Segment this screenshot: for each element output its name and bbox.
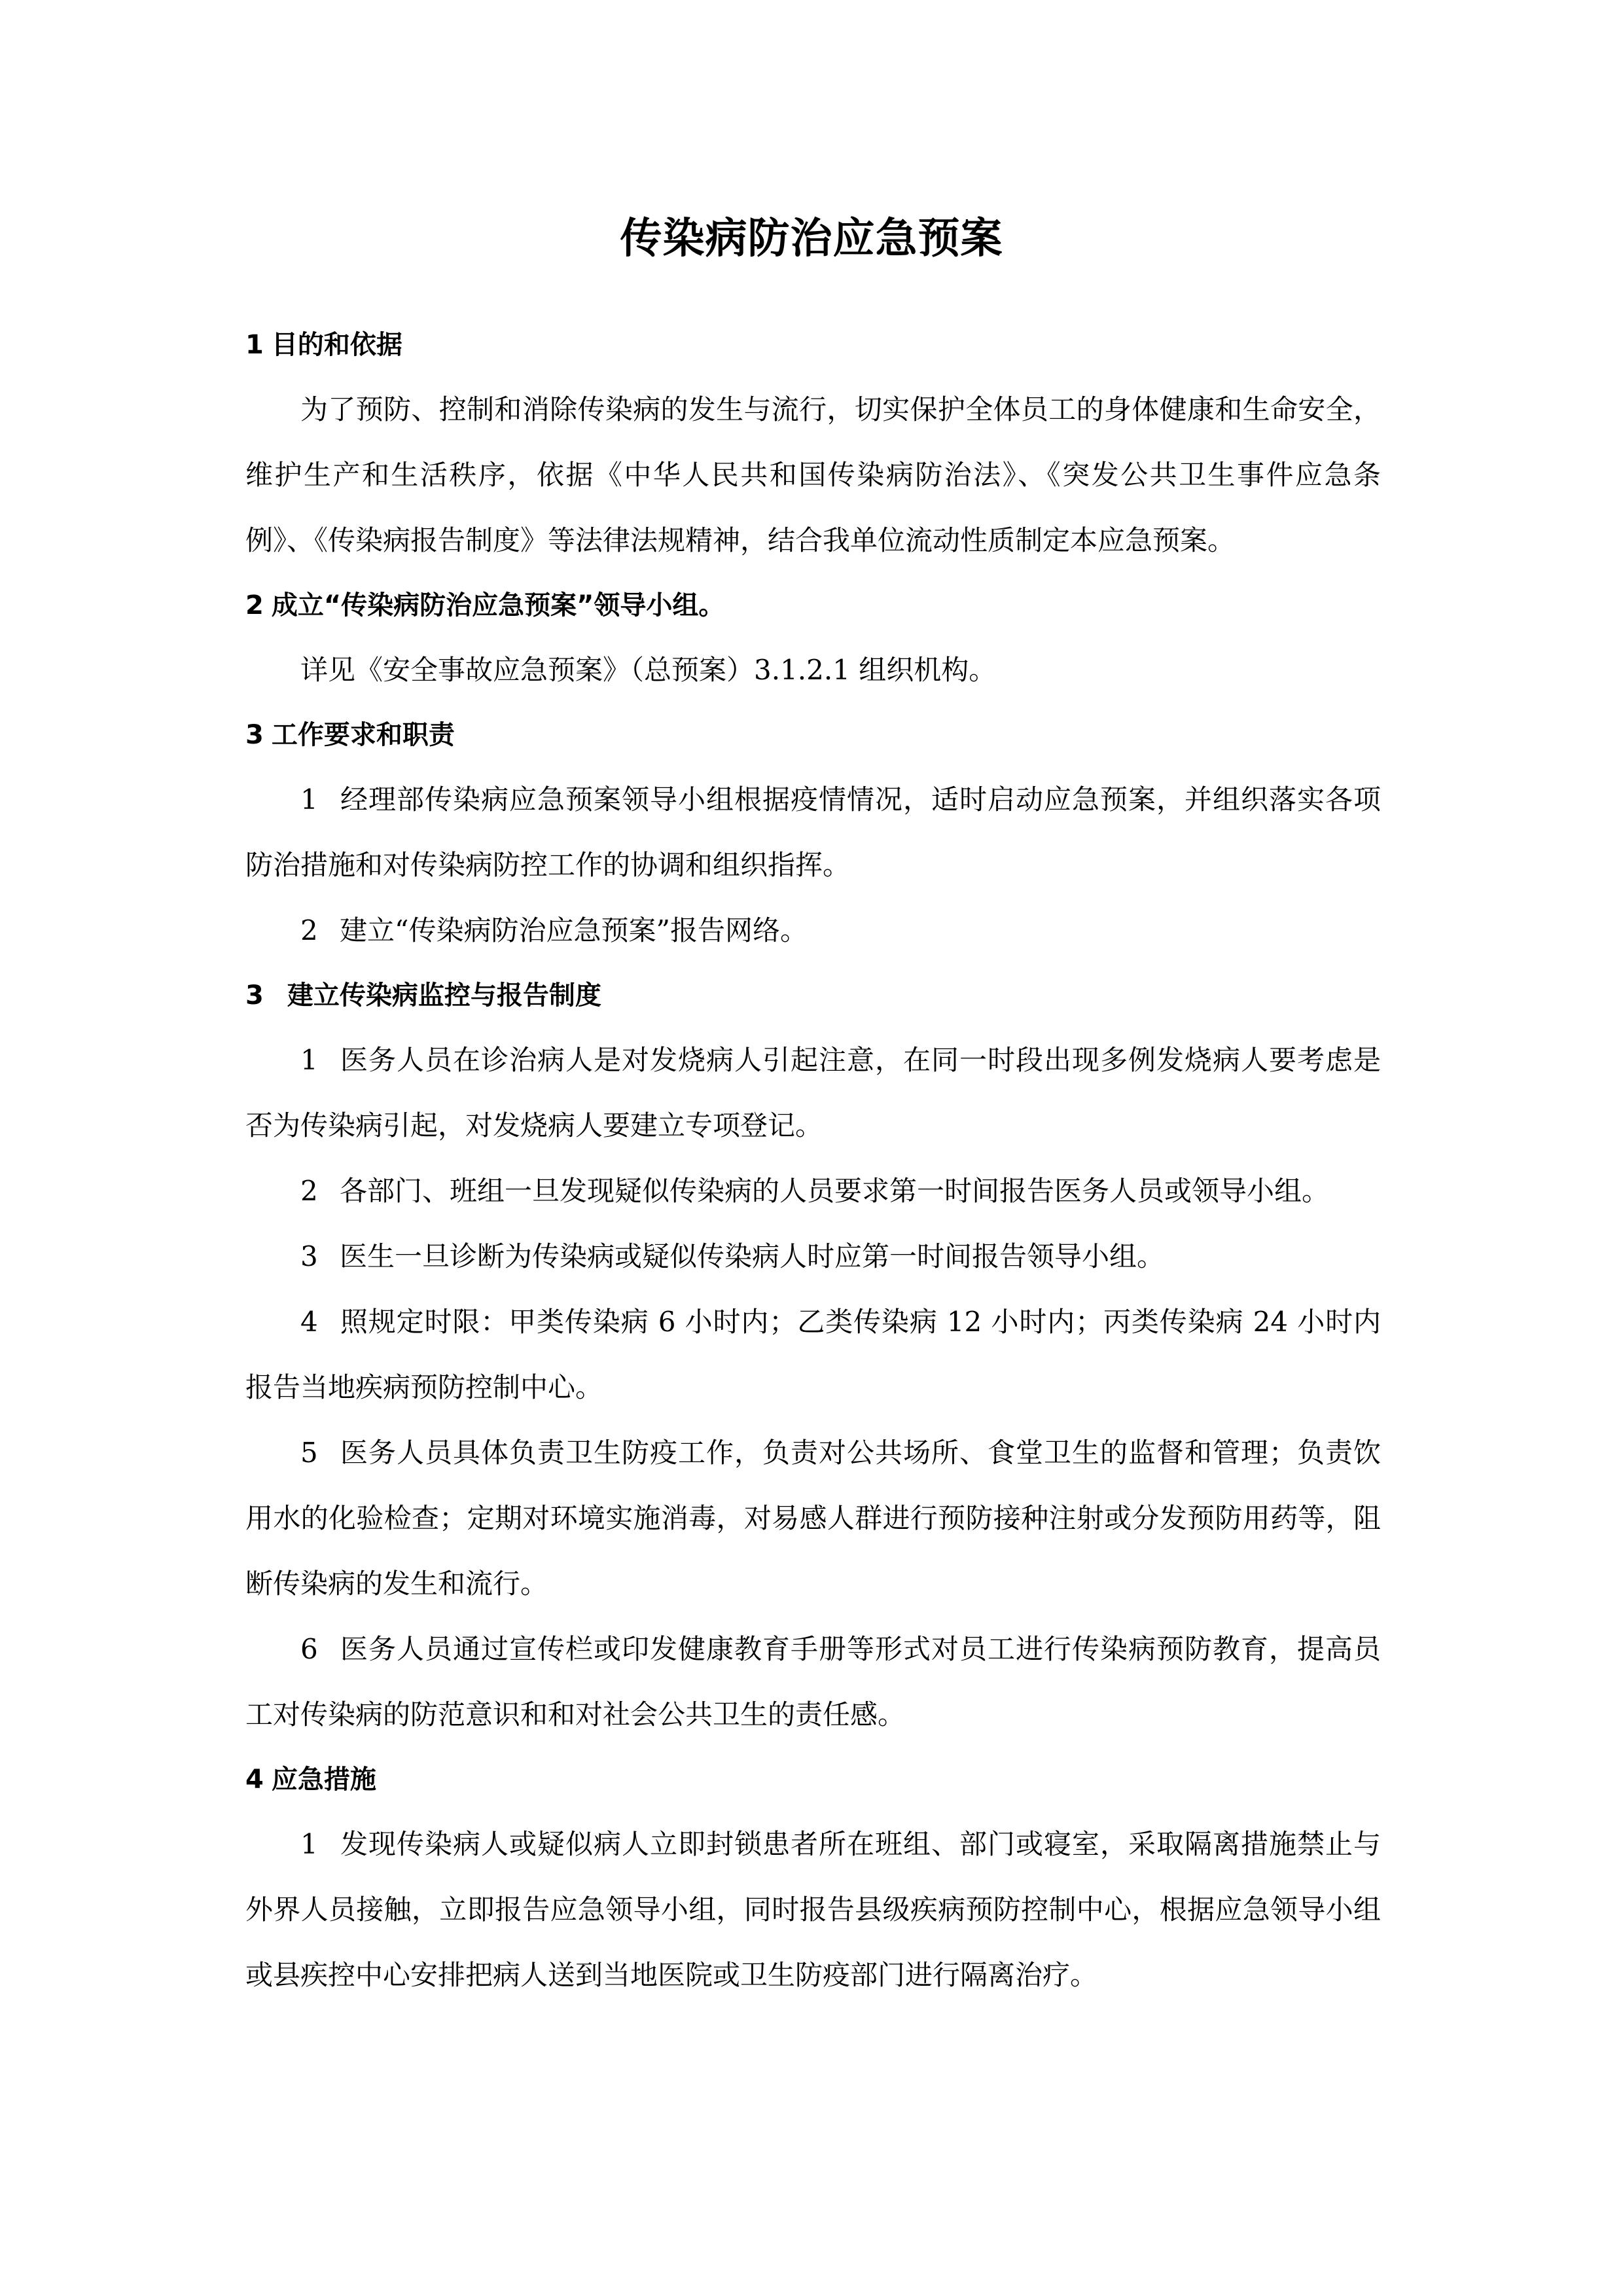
item-text: 照规定时限：甲类传染病 6 小时内；乙类传染病 12 小时内；丙类传染病 24 … xyxy=(245,1306,1381,1403)
paragraph-text: 详见《安全事故应急预案》（总预案）3.1.2.1 组织机构。 xyxy=(300,654,996,686)
section-heading-1: 1 目的和依据 xyxy=(245,313,1381,377)
document-body: 1 目的和依据 为了预防、控制和消除传染病的发生与流行，切实保护全体员工的身体健… xyxy=(245,313,1381,2008)
section-title: 工作要求和职责 xyxy=(272,719,455,751)
list-item: 2各部门、班组一旦发现疑似传染病的人员要求第一时间报告医务人员或领导小组。 xyxy=(245,1158,1381,1224)
item-text: 各部门、班组一旦发现疑似传染病的人员要求第一时间报告医务人员或领导小组。 xyxy=(340,1175,1329,1207)
list-item: 1经理部传染病应急预案领导小组根据疫情情况，适时启动应急预案，并组织落实各项防治… xyxy=(245,767,1381,898)
item-number: 1 xyxy=(300,767,340,833)
item-number: 5 xyxy=(300,1420,340,1486)
page-title: 传染病防治应急预案 xyxy=(0,209,1623,268)
item-text: 医务人员通过宣传栏或印发健康教育手册等形式对员工进行传染病预防教育，提高员工对传… xyxy=(245,1633,1381,1731)
section-heading-4: 4 应急措施 xyxy=(245,1748,1381,1812)
section-heading-3: 3 工作要求和职责 xyxy=(245,703,1381,767)
section-title: 建立传染病监控与报告制度 xyxy=(287,979,601,1012)
section-number: 1 xyxy=(245,329,264,361)
item-text: 医务人员在诊治病人是对发烧病人引起注意，在同一时段出现多例发烧病人要考虑是否为传… xyxy=(245,1044,1381,1141)
paragraph: 详见《安全事故应急预案》（总预案）3.1.2.1 组织机构。 xyxy=(245,637,1381,703)
paragraph-text: 为了预防、控制和消除传染病的发生与流行，切实保护全体员工的身体健康和生命安全，维… xyxy=(245,393,1381,556)
item-number: 2 xyxy=(300,898,340,963)
item-text: 发现传染病人或疑似病人立即封锁患者所在班组、部门或寝室，采取隔离措施禁止与外界人… xyxy=(245,1828,1381,1991)
section-heading-2: 2 成立“传染病防治应急预案”领导小组。 xyxy=(245,573,1381,637)
item-text: 医务人员具体负责卫生防疫工作，负责对公共场所、食堂卫生的监督和管理；负责饮用水的… xyxy=(245,1437,1381,1600)
list-item: 6医务人员通过宣传栏或印发健康教育手册等形式对员工进行传染病预防教育，提高员工对… xyxy=(245,1617,1381,1748)
item-number: 6 xyxy=(300,1617,340,1682)
item-number: 1 xyxy=(300,1812,340,1877)
section-heading-3-monitoring: 3 建立传染病监控与报告制度 xyxy=(245,963,1381,1028)
item-number: 3 xyxy=(300,1224,340,1289)
item-text: 建立“传染病防治应急预案”报告网络。 xyxy=(340,914,808,946)
section-number: 3 xyxy=(245,719,264,751)
section-number: 2 xyxy=(245,589,264,622)
list-item: 1发现传染病人或疑似病人立即封锁患者所在班组、部门或寝室，采取隔离措施禁止与外界… xyxy=(245,1812,1381,2008)
item-number: 1 xyxy=(300,1028,340,1093)
list-item: 4照规定时限：甲类传染病 6 小时内；乙类传染病 12 小时内；丙类传染病 24… xyxy=(245,1289,1381,1420)
list-item: 2建立“传染病防治应急预案”报告网络。 xyxy=(245,898,1381,963)
section-title: 成立“传染病防治应急预案”领导小组。 xyxy=(272,589,725,622)
section-number: 4 xyxy=(245,1763,264,1796)
section-title: 应急措施 xyxy=(272,1763,376,1796)
item-number: 2 xyxy=(300,1158,340,1224)
list-item: 1医务人员在诊治病人是对发烧病人引起注意，在同一时段出现多例发烧病人要考虑是否为… xyxy=(245,1028,1381,1158)
item-text: 医生一旦诊断为传染病或疑似传染病人时应第一时间报告领导小组。 xyxy=(340,1240,1164,1272)
section-title: 目的和依据 xyxy=(272,329,402,361)
item-number: 4 xyxy=(300,1289,340,1355)
document-page: 传染病防治应急预案 1 目的和依据 为了预防、控制和消除传染病的发生与流行，切实… xyxy=(0,0,1623,2296)
section-number: 3 xyxy=(245,979,264,1012)
list-item: 5医务人员具体负责卫生防疫工作，负责对公共场所、食堂卫生的监督和管理；负责饮用水… xyxy=(245,1420,1381,1617)
paragraph: 为了预防、控制和消除传染病的发生与流行，切实保护全体员工的身体健康和生命安全，维… xyxy=(245,377,1381,573)
item-text: 经理部传染病应急预案领导小组根据疫情情况，适时启动应急预案，并组织落实各项防治措… xyxy=(245,783,1381,881)
list-item: 3医生一旦诊断为传染病或疑似传染病人时应第一时间报告领导小组。 xyxy=(245,1224,1381,1289)
